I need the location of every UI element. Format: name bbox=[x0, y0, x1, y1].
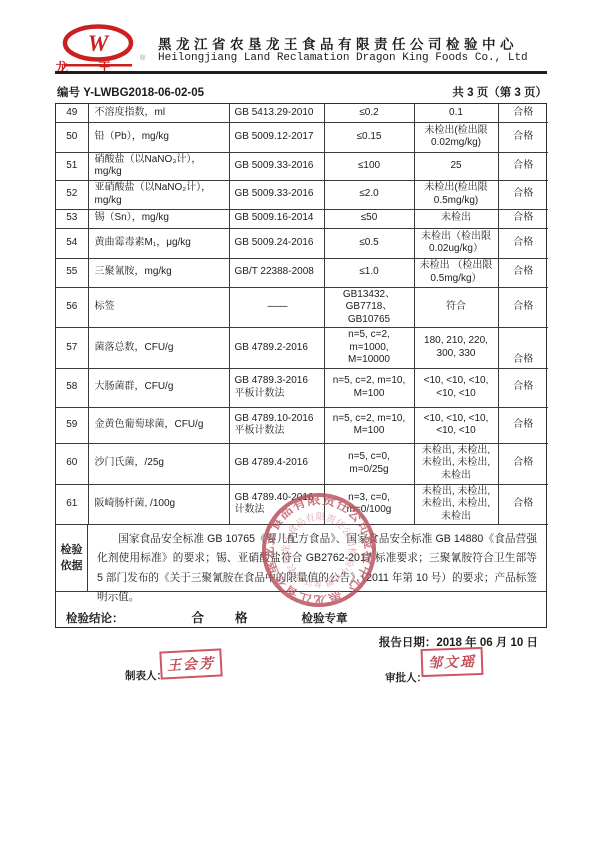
row-requirement: n=5, c=0, m=0/25g bbox=[324, 443, 414, 484]
row-item: 菌落总数，CFU/g bbox=[88, 328, 229, 369]
inspection-basis-section: 检验 依据 国家食品安全标准 GB 10765《婴儿配方食品》、国家食品安全标准… bbox=[56, 525, 546, 592]
row-conclusion: 合格 bbox=[498, 368, 548, 407]
row-no: 54 bbox=[56, 228, 88, 258]
row-requirement: ≤0.2 bbox=[324, 104, 414, 122]
row-item: 金黄色葡萄球菌，CFU/g bbox=[88, 407, 229, 443]
row-requirement: n=5, c=2, m=10, M=100 bbox=[324, 407, 414, 443]
row-item: 硝酸盐（以NaNO₃计），mg/kg bbox=[88, 152, 229, 180]
preparer-signature-stamp: 王会芳 bbox=[159, 648, 222, 679]
row-requirement: ≤0.15 bbox=[324, 122, 414, 152]
row-item: 不溶度指数，ml bbox=[88, 104, 229, 122]
table-row: 53 锡（Sn），mg/kg GB 5009.16-2014 ≤50 未检出 合… bbox=[56, 209, 548, 228]
signature-row: 制表人： 王会芳 审批人： 邹文瑶 bbox=[0, 646, 596, 690]
row-item: 大肠菌群，CFU/g bbox=[88, 368, 229, 407]
row-conclusion: 合格 bbox=[498, 209, 548, 228]
row-result: 未检出, 未检出, 未检出, 未检出, 未检出 bbox=[414, 484, 498, 525]
table-row: 50 铅（Pb），mg/kg GB 5009.12-2017 ≤0.15 未检出… bbox=[56, 122, 548, 152]
dragon-king-logo: W 龙王 ® bbox=[56, 24, 148, 76]
row-item: 黄曲霉毒素M₁，μg/kg bbox=[88, 228, 229, 258]
row-result: 未检出 （检出限 0.5mg/kg） bbox=[414, 258, 498, 287]
row-no: 52 bbox=[56, 180, 88, 209]
row-conclusion: 合格 bbox=[498, 122, 548, 152]
row-method: GB 5009.24-2016 bbox=[229, 228, 324, 258]
row-requirement: ≤0.5 bbox=[324, 228, 414, 258]
inspection-basis-text: 国家食品安全标准 GB 10765《婴儿配方食品》、国家食品安全标准 GB 14… bbox=[88, 525, 546, 591]
table-row: 58 大肠菌群，CFU/g GB 4789.3-2016 平板计数法 n=5, … bbox=[56, 368, 548, 407]
row-method: GB 4789.2-2016 bbox=[229, 328, 324, 369]
row-result: 未检出（检出限 0.02ug/kg） bbox=[414, 228, 498, 258]
row-conclusion: 合格 bbox=[498, 287, 548, 328]
row-conclusion: 合格 bbox=[498, 258, 548, 287]
row-item: 锡（Sn），mg/kg bbox=[88, 209, 229, 228]
row-requirement: ≤100 bbox=[324, 152, 414, 180]
row-no: 61 bbox=[56, 484, 88, 525]
row-result: 未检出(检出限 0.02mg/kg) bbox=[414, 122, 498, 152]
row-requirement: n=5, c=2, m=1000, M=10000 bbox=[324, 328, 414, 369]
row-item: 亚硝酸盐（以NaNO₂计），mg/kg bbox=[88, 180, 229, 209]
table-row: 49 不溶度指数，ml GB 5413.29-2010 ≤0.2 0.1 合格 bbox=[56, 104, 548, 122]
company-name-cn: 黑龙江省农垦龙王食品有限责任公司检验中心 bbox=[158, 33, 550, 53]
row-method: GB 5009.16-2014 bbox=[229, 209, 324, 228]
report-number: 编号 Y-LWBG2018-06-02-05 bbox=[57, 84, 204, 100]
row-result: <10, <10, <10, <10, <10 bbox=[414, 407, 498, 443]
row-method: GB 5009.33-2016 bbox=[229, 180, 324, 209]
row-requirement: n=5, c=2, m=10, M=100 bbox=[324, 368, 414, 407]
row-requirement: n=3, c=0, m=0/100g bbox=[324, 484, 414, 525]
report-meta-row: 编号 Y-LWBG2018-06-02-05 共 3 页（第 3 页） bbox=[55, 84, 547, 100]
table-row: 51 硝酸盐（以NaNO₃计），mg/kg GB 5009.33-2016 ≤1… bbox=[56, 152, 548, 180]
row-no: 59 bbox=[56, 407, 88, 443]
table-row: 52 亚硝酸盐（以NaNO₂计），mg/kg GB 5009.33-2016 ≤… bbox=[56, 180, 548, 209]
table-row: 57 菌落总数，CFU/g GB 4789.2-2016 n=5, c=2, m… bbox=[56, 328, 548, 369]
row-no: 51 bbox=[56, 152, 88, 180]
row-method: GB/T 22388-2008 bbox=[229, 258, 324, 287]
row-requirement: ≤50 bbox=[324, 209, 414, 228]
company-name-en: Heilongjiang Land Reclamation Dragon Kin… bbox=[158, 52, 558, 64]
row-no: 50 bbox=[56, 122, 88, 152]
table-row: 56 标签 —— GB13432、GB7718、GB10765 符合 合格 bbox=[56, 287, 548, 328]
inspection-report-page: W 龙王 ® 黑龙江省农垦龙王食品有限责任公司检验中心 Heilongjiang… bbox=[0, 0, 596, 842]
logo-letter-w: W bbox=[88, 31, 110, 56]
row-no: 49 bbox=[56, 104, 88, 122]
row-method: GB 4789.40-2016计数法 bbox=[229, 484, 324, 525]
row-conclusion: 合格 bbox=[498, 180, 548, 209]
row-result: 符合 bbox=[414, 287, 498, 328]
row-conclusion: 合格 bbox=[498, 484, 548, 525]
row-item: 阪崎肠杆菌, /100g bbox=[88, 484, 229, 525]
row-conclusion: 合格 bbox=[498, 104, 548, 122]
row-item: 铅（Pb），mg/kg bbox=[88, 122, 229, 152]
row-method: GB 5413.29-2010 bbox=[229, 104, 324, 122]
table-row: 61 阪崎肠杆菌, /100g GB 4789.40-2016计数法 n=3, … bbox=[56, 484, 548, 525]
inspection-seal-label: 检验专章 bbox=[302, 610, 348, 626]
row-no: 55 bbox=[56, 258, 88, 287]
page-info: 共 3 页（第 3 页） bbox=[452, 84, 547, 100]
row-result: <10, <10, <10, <10, <10 bbox=[414, 368, 498, 407]
row-result: 未检出, 未检出, 未检出, 未检出, 未检出 bbox=[414, 443, 498, 484]
row-no: 60 bbox=[56, 443, 88, 484]
conclusion-label: 检验结论： bbox=[66, 610, 124, 626]
inspection-basis-label: 检验 依据 bbox=[56, 525, 88, 591]
row-conclusion: 合格 bbox=[498, 443, 548, 484]
row-method: GB 4789.4-2016 bbox=[229, 443, 324, 484]
header-divider bbox=[55, 71, 547, 74]
conclusion-value: 合 格 bbox=[192, 608, 250, 626]
row-method: GB 5009.12-2017 bbox=[229, 122, 324, 152]
row-item: 三聚氰胺，mg/kg bbox=[88, 258, 229, 287]
row-result: 25 bbox=[414, 152, 498, 180]
row-no: 56 bbox=[56, 287, 88, 328]
row-result: 180, 210, 220, 300, 330 bbox=[414, 328, 498, 369]
table-row: 59 金黄色葡萄球菌，CFU/g GB 4789.10-2016平板计数法 n=… bbox=[56, 407, 548, 443]
approver-signature-stamp: 邹文瑶 bbox=[421, 647, 484, 677]
row-no: 58 bbox=[56, 368, 88, 407]
table-row: 54 黄曲霉毒素M₁，μg/kg GB 5009.24-2016 ≤0.5 未检… bbox=[56, 228, 548, 258]
row-method: —— bbox=[229, 287, 324, 328]
row-result: 未检出(检出限 0.5mg/kg) bbox=[414, 180, 498, 209]
row-item: 沙门氏菌，/25g bbox=[88, 443, 229, 484]
row-conclusion: 合格 bbox=[498, 328, 548, 369]
conclusion-line: 检验结论： 合 格 检验专章 bbox=[66, 608, 348, 626]
row-requirement: ≤2.0 bbox=[324, 180, 414, 209]
report-table-block: 49 不溶度指数，ml GB 5413.29-2010 ≤0.2 0.1 合格 … bbox=[55, 103, 547, 628]
row-result: 未检出 bbox=[414, 209, 498, 228]
basis-label-line1: 检验 bbox=[61, 542, 83, 559]
registered-mark-icon: ® bbox=[140, 54, 146, 62]
table-row: 60 沙门氏菌，/25g GB 4789.4-2016 n=5, c=0, m=… bbox=[56, 443, 548, 484]
row-result: 0.1 bbox=[414, 104, 498, 122]
row-requirement: ≤1.0 bbox=[324, 258, 414, 287]
basis-label-line2: 依据 bbox=[61, 558, 83, 575]
row-conclusion: 合格 bbox=[498, 152, 548, 180]
row-conclusion: 合格 bbox=[498, 228, 548, 258]
table-row: 55 三聚氰胺，mg/kg GB/T 22388-2008 ≤1.0 未检出 （… bbox=[56, 258, 548, 287]
row-requirement: GB13432、GB7718、GB10765 bbox=[324, 287, 414, 328]
row-conclusion: 合格 bbox=[498, 407, 548, 443]
row-method: GB 5009.33-2016 bbox=[229, 152, 324, 180]
results-table: 49 不溶度指数，ml GB 5413.29-2010 ≤0.2 0.1 合格 … bbox=[56, 104, 548, 525]
row-item: 标签 bbox=[88, 287, 229, 328]
row-no: 53 bbox=[56, 209, 88, 228]
row-no: 57 bbox=[56, 328, 88, 369]
row-method: GB 4789.3-2016 平板计数法 bbox=[229, 368, 324, 407]
row-method: GB 4789.10-2016平板计数法 bbox=[229, 407, 324, 443]
